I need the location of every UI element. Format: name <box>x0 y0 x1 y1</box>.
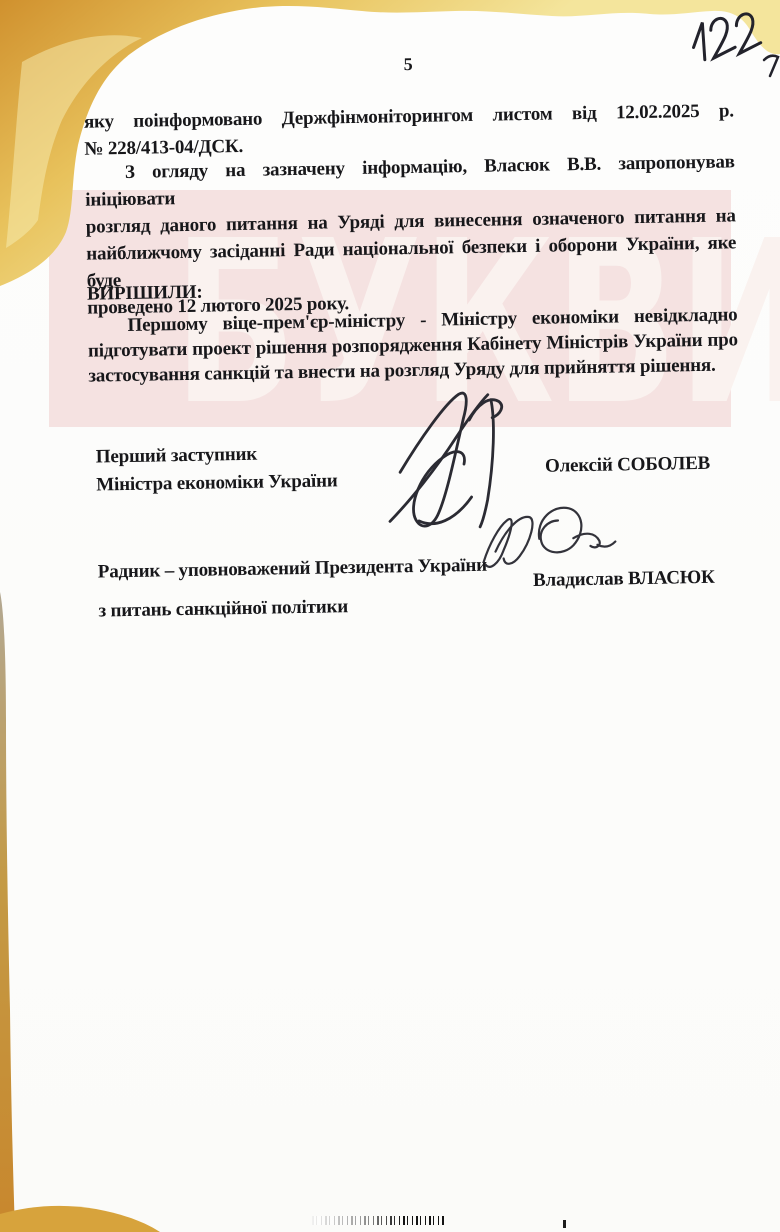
signatory-1-title: Перший заступник Міністра економіки Укра… <box>96 439 338 499</box>
document-body: 5 яку поінформовано Держфінмоніторингом … <box>82 0 744 706</box>
signatory-2-name: Владислав ВЛАСЮК <box>533 567 715 592</box>
signatory-2-title-line-1: Радник – уповноважений Президента Україн… <box>98 552 488 587</box>
barcode-end-mark <box>563 1220 566 1228</box>
scanned-document-photo: БУКВИ 5 яку поінформовано Держфінмонітор… <box>0 0 780 1232</box>
page-number: 5 <box>83 48 733 80</box>
signatory-2-title-line-2: з питань санкційної політики <box>98 593 348 625</box>
signature-sobolev <box>388 392 504 528</box>
signatory-1-name: Олексій СОБОЛЕВ <box>545 453 710 478</box>
paragraph-3: Першому віце-прем'єр-міністру - Міністру… <box>87 302 738 388</box>
edge-mark-7 <box>764 56 778 76</box>
signatory-1-title-line-1: Перший заступник <box>96 439 338 471</box>
wood-left-strip <box>0 592 15 1232</box>
signature-vlasiuk <box>483 507 616 567</box>
wood-bottom-corner <box>0 1206 160 1232</box>
barcode <box>312 1216 444 1225</box>
signatory-1-title-line-2: Міністра економіки України <box>96 467 338 499</box>
